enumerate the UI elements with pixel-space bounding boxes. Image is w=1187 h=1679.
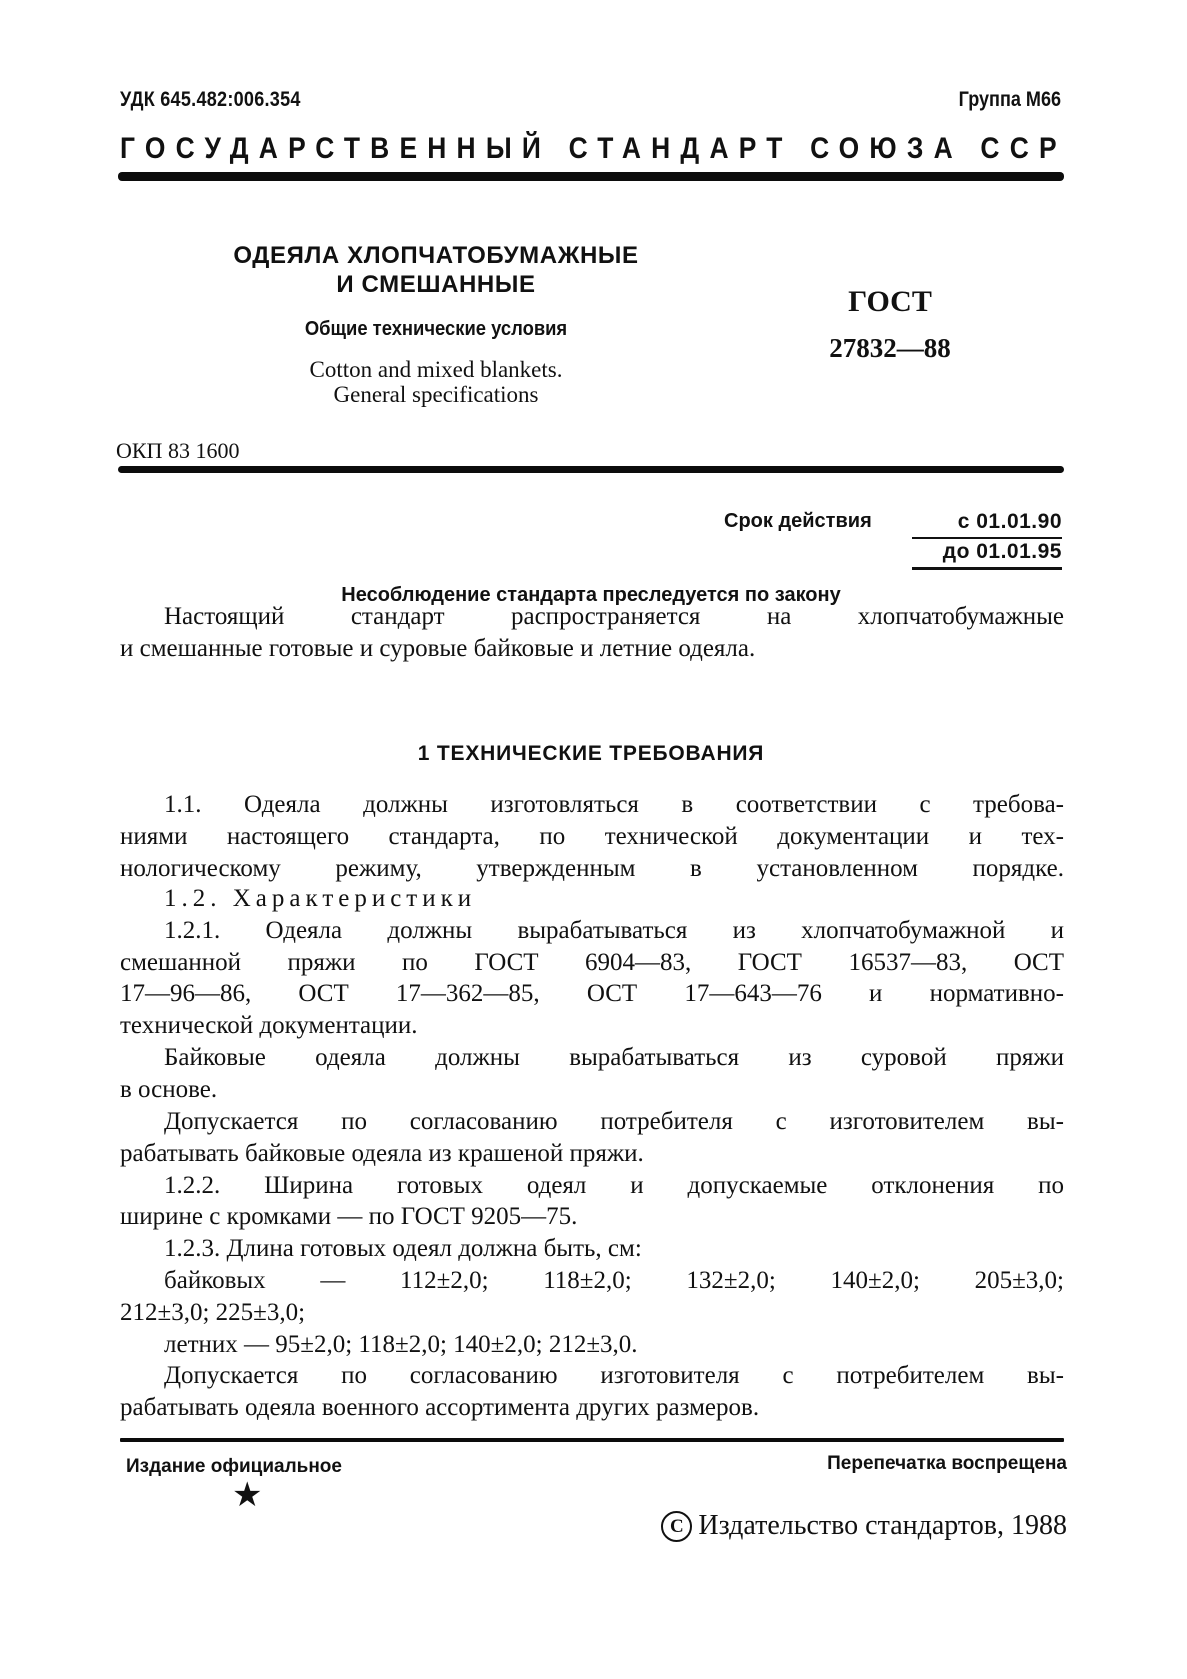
clause-1-1-line: ниями настоящего стандарта, по техническ…	[120, 823, 1064, 851]
section-heading: 1 ТЕХНИЧЕСКИЕ ТРЕБОВАНИЯ	[120, 742, 1062, 766]
clause-1-2-heading: 1.2. Характеристики	[164, 885, 1064, 913]
validity-to: до 01.01.95	[912, 540, 1062, 564]
udk-code: УДК 645.482:006.354	[120, 88, 301, 112]
document-title-line2: И СМЕШАННЫЕ	[206, 271, 666, 299]
document-subtitle: Общие технические условия	[224, 318, 647, 341]
star-icon: ★	[232, 1479, 262, 1513]
copyright-line: CИздательство стандартов, 1988	[661, 1510, 1067, 1542]
clause-1-1-line: 1.1. Одеяла должны изготовляться в соотв…	[164, 791, 1064, 819]
document-title-line1: ОДЕЯЛА ХЛОПЧАТОБУМАЖНЫЕ	[206, 242, 666, 270]
validity-rule-top	[912, 537, 1062, 539]
group-code: Группа М66	[959, 88, 1061, 112]
flannel-yarn-line: в основе.	[120, 1076, 1064, 1104]
gost-number: 27832—88	[810, 333, 970, 364]
clause-1-2-3-line: 1.2.3. Длина готовых одеял должна быть, …	[164, 1235, 1064, 1263]
publisher-text: Издательство стандартов, 1988	[698, 1510, 1067, 1541]
summer-lengths-line: летних — 95±2,0; 118±2,0; 140±2,0; 212±3…	[164, 1331, 1064, 1359]
official-edition-label: Издание официальное	[126, 1456, 342, 1478]
reprint-prohibited-label: Перепечатка воспрещена	[827, 1453, 1067, 1475]
clause-1-2-1-line: смешанной пряжи по ГОСТ 6904—83, ГОСТ 16…	[120, 949, 1064, 977]
validity-from: с 01.01.90	[912, 510, 1062, 534]
military-sizes-line: рабатывать одеяла военного ассортимента …	[120, 1394, 1064, 1422]
flannel-yarn-line: Байковые одеяла должны вырабатываться из…	[164, 1044, 1064, 1072]
clause-1-2-1-line: 1.2.1. Одеяла должны вырабатываться из х…	[164, 917, 1064, 945]
footer-rule	[120, 1438, 1064, 1442]
english-title-line1: Cotton and mixed blankets.	[206, 357, 666, 383]
dyed-yarn-line: рабатывать байковые одеяла из крашеной п…	[120, 1140, 1064, 1168]
copyright-icon: C	[661, 1511, 692, 1542]
validity-label: Срок действия	[724, 510, 872, 533]
intro-line-2: и смешанные готовые и суровые байковые и…	[120, 635, 1064, 663]
clause-1-2-1-line: технической документации.	[120, 1012, 1064, 1040]
dyed-yarn-line: Допускается по согласованию потребителя …	[164, 1108, 1064, 1136]
header-rule	[118, 172, 1064, 181]
state-standard-banner: ГОСУДАРСТВЕННЫЙ СТАНДАРТ СОЮЗА ССР	[120, 132, 949, 166]
flannel-lengths-line: байковых — 112±2,0; 118±2,0; 132±2,0; 14…	[164, 1267, 1064, 1295]
gost-label: ГОСТ	[820, 285, 960, 319]
intro-line-1: Настоящий стандарт распространяется на х…	[164, 603, 1064, 631]
clause-1-2-2-line: 1.2.2. Ширина готовых одеял и допускаемы…	[164, 1172, 1064, 1200]
clause-1-1-line: нологическому режиму, утвержденным в уст…	[120, 855, 1064, 883]
title-block-rule	[118, 466, 1064, 473]
clause-1-2-1-line: 17—96—86, ОСТ 17—362—85, ОСТ 17—643—76 и…	[120, 980, 1064, 1008]
clause-1-2-2-line: ширине с кромками — по ГОСТ 9205—75.	[120, 1203, 1064, 1231]
english-title-line2: General specifications	[206, 382, 666, 408]
okp-code: ОКП 83 1600	[116, 438, 239, 464]
flannel-lengths-line: 212±3,0; 225±3,0;	[120, 1299, 1064, 1327]
military-sizes-line: Допускается по согласованию изготовителя…	[164, 1362, 1064, 1390]
validity-rule-bottom	[912, 567, 1062, 570]
